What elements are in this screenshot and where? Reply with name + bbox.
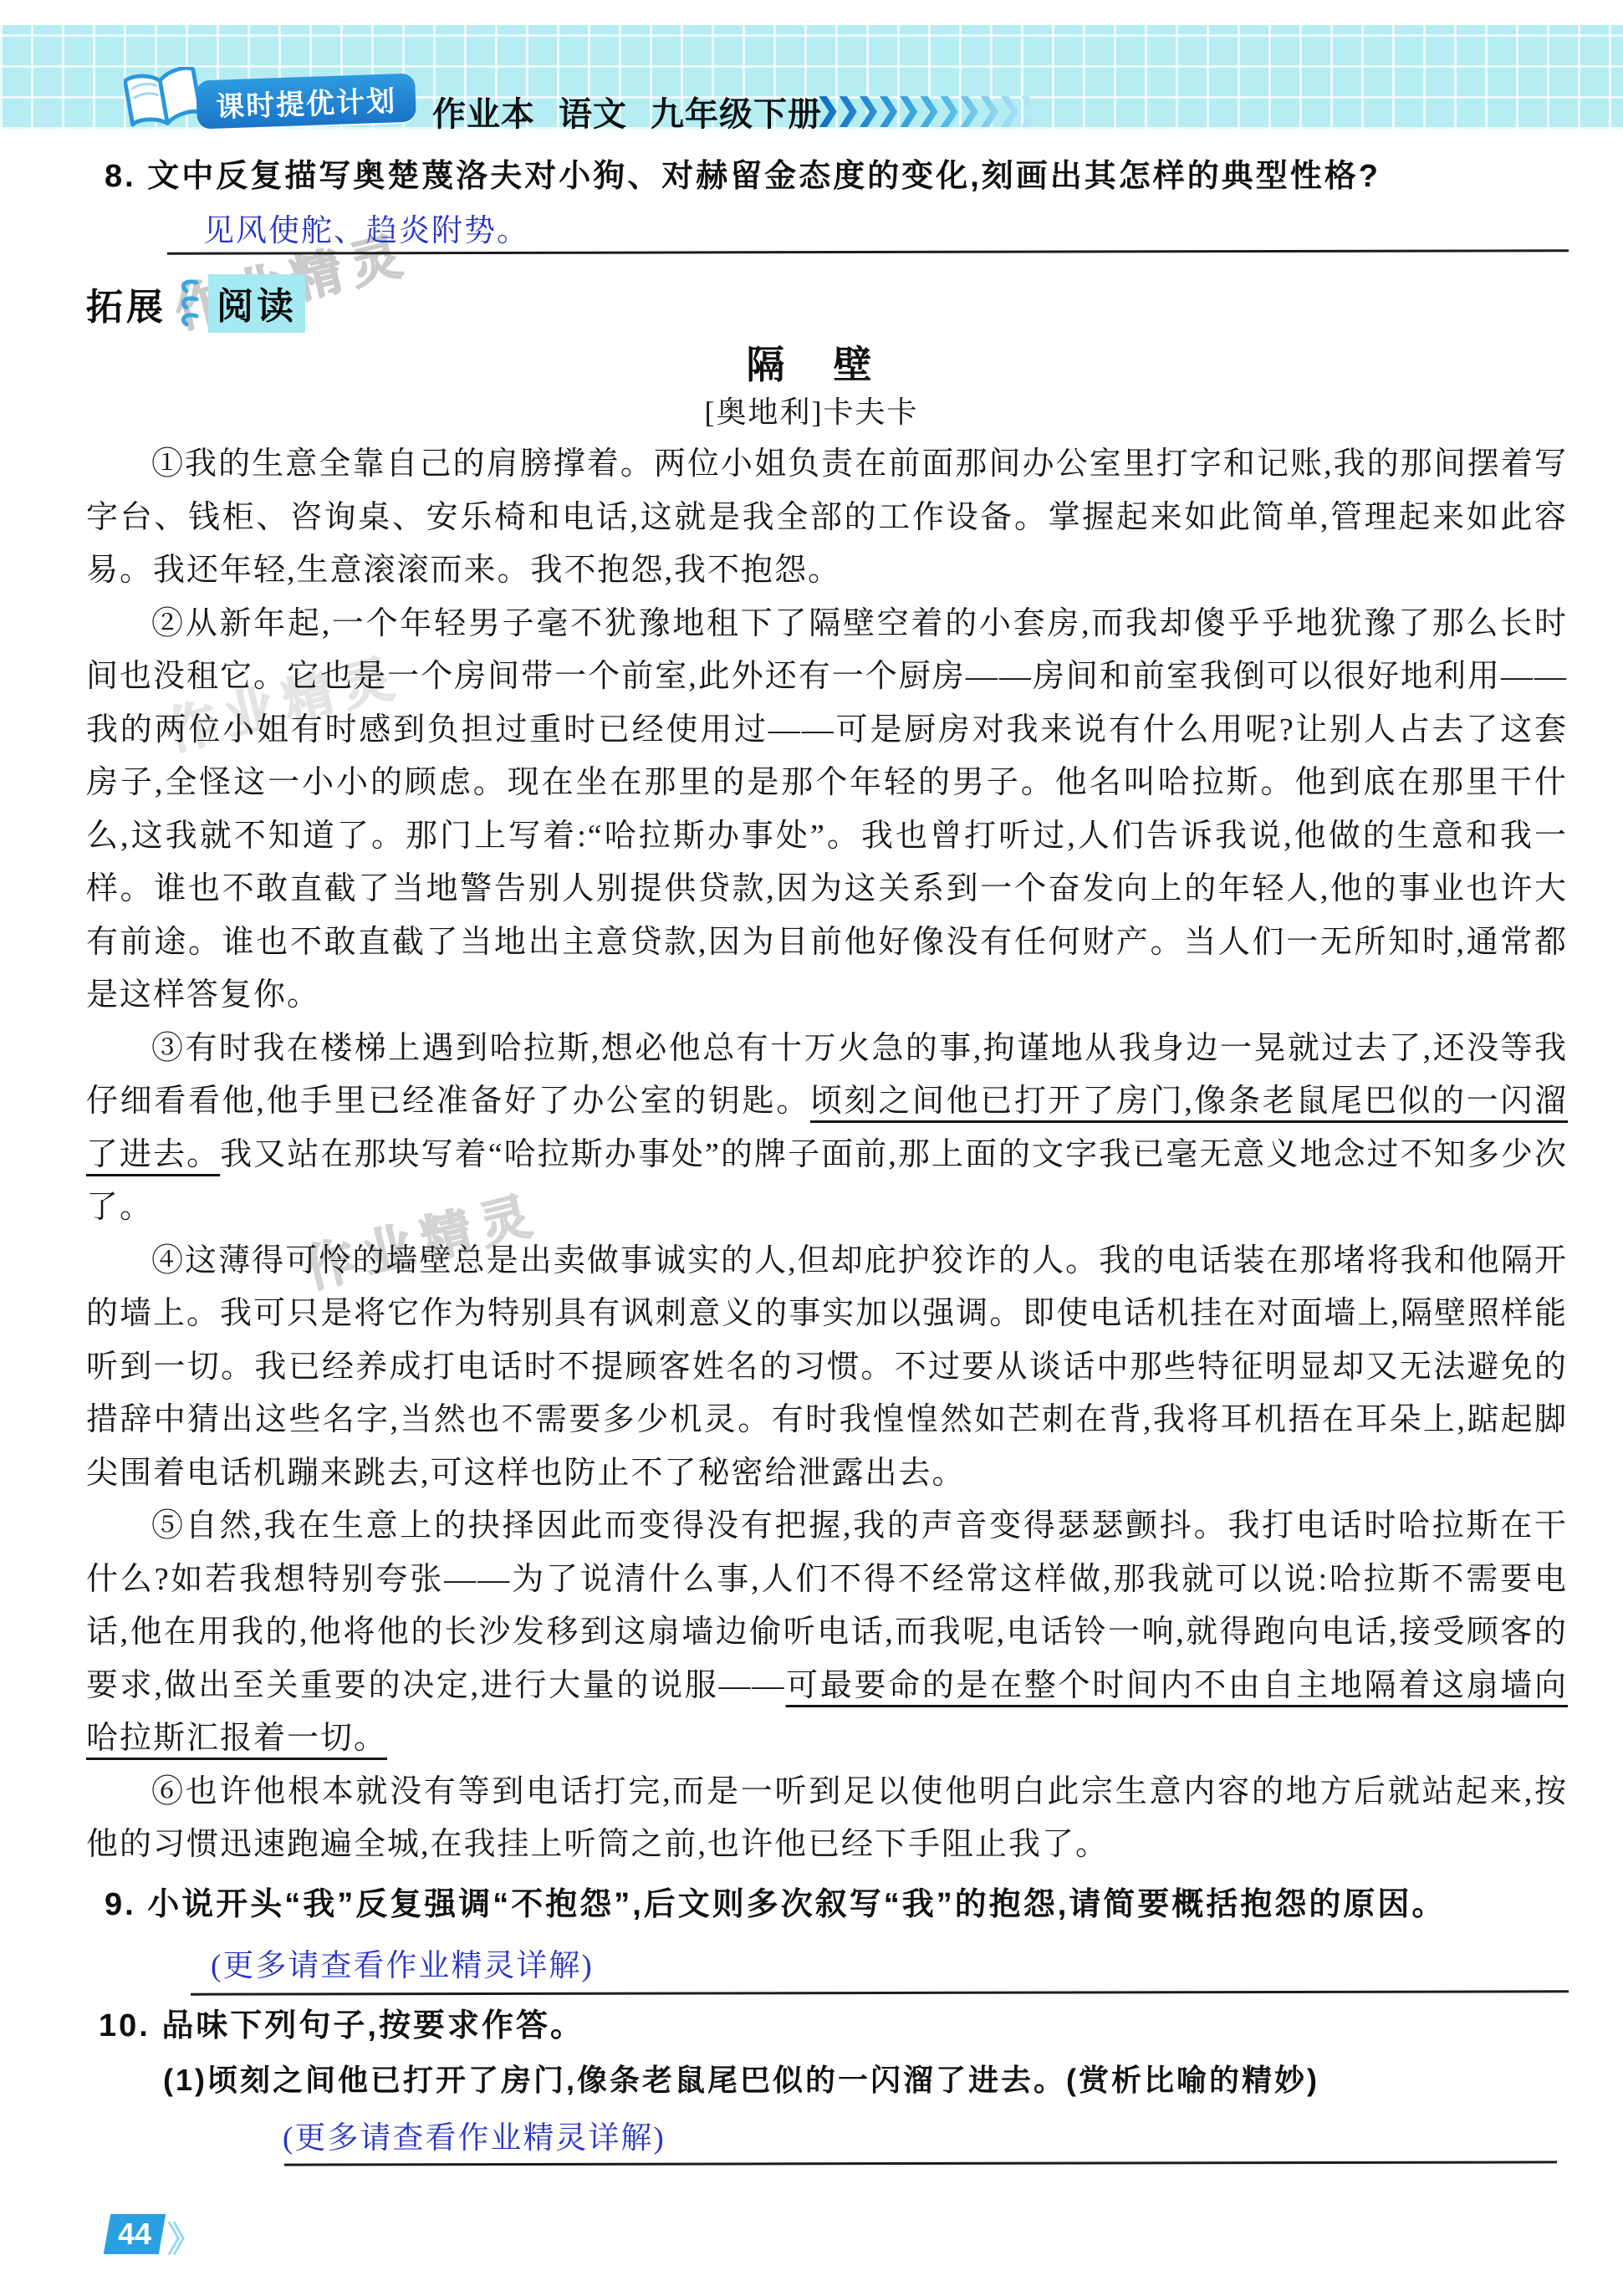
question-10: 10. 品味下列句子,按要求作答。 <box>99 2007 584 2047</box>
section-header: 拓展 阅读 <box>86 274 305 333</box>
reading-title: 隔 壁 <box>0 334 1623 390</box>
paragraph-4: ④这薄得可怜的墙壁总是出卖做事诚实的人,但却庇护狡诈的人。我的电话装在那堵将我和… <box>86 1235 1568 1501</box>
question-8-answer: 见风使舵、趋炎附势。 <box>203 205 529 250</box>
paragraph-2: ②从新年起,一个年轻男子毫不犹豫地租下了隔壁空着的小套房,而我却傻乎乎地犹豫了那… <box>86 598 1568 1023</box>
paragraph-text: ①我的生意全靠自己的肩膀撑着。两位小姐负责在前面那间办公室里打字和记账,我的那间… <box>86 446 1568 588</box>
page-chevron-icon: 》 <box>167 2212 202 2263</box>
paragraph-text: ⑥也许他根本就没有等到电话打完,而是一听到足以使他明白此宗生意内容的地方后就站起… <box>86 1774 1568 1863</box>
question-9-answer: (更多请查看作业精灵详解) <box>211 1940 594 1985</box>
header-grade: 九年级下册 <box>651 96 822 133</box>
paragraph-text: ④这薄得可怜的墙壁总是出卖做事诚实的人,但却庇护狡诈的人。我的电话装在那堵将我和… <box>86 1243 1568 1491</box>
squiggle-icon <box>175 278 203 329</box>
header-band: 课时提优计划 作业本语文九年级下册 ❯❯❯❯❯❯❯❯❯❯❯ <box>0 25 1623 130</box>
chevrons-icon: ❯❯❯❯❯❯❯❯❯❯❯ <box>815 92 1038 127</box>
page-number-badge: 44 <box>104 2214 166 2254</box>
page: 课时提优计划 作业本语文九年级下册 ❯❯❯❯❯❯❯❯❯❯❯ 作业精灵 作业精灵 … <box>0 0 1623 2296</box>
question-8: 8. 文中反复描写奥楚蔑洛夫对小狗、对赫留金态度的变化,刻画出其怎样的典型性格? <box>105 157 1381 197</box>
open-book-icon <box>124 67 204 139</box>
answer-underline <box>191 1990 1569 1995</box>
paragraph-3: ③有时我在楼梯上遇到哈拉斯,想必他总有十万火急的事,拘谨地从我身边一晃就过去了,… <box>86 1023 1568 1235</box>
series-badge-label: 课时提优计划 <box>215 78 397 125</box>
header-subject: 语文 <box>559 96 627 133</box>
reading-passage: ①我的生意全靠自己的肩膀撑着。两位小姐负责在前面那间办公室里打字和记账,我的那间… <box>86 438 1568 1872</box>
section-title-part2: 阅读 <box>208 274 305 333</box>
paragraph-1: ①我的生意全靠自己的肩膀撑着。两位小姐负责在前面那间办公室里打字和记账,我的那间… <box>86 438 1568 598</box>
page-number: 44 <box>118 2217 151 2252</box>
answer-underline <box>284 2161 1557 2166</box>
paragraph-text: 我又站在那块写着“哈拉斯办事处”的牌子面前,那上面的文字我已毫无意义地念过不知多… <box>86 1137 1568 1226</box>
question-9: 9. 小说开头“我”反复强调“不抱怨”,后文则多次叙写“我”的抱怨,请简要概括抱… <box>105 1885 1446 1926</box>
header-title: 作业本语文九年级下册 <box>432 88 822 135</box>
question-10-answer: (更多请查看作业精灵详解) <box>283 2112 666 2157</box>
question-10-sub1: (1)顷刻之间他已打开了房门,像条老鼠尾巴似的一闪溜了进去。(赏析比喻的精妙) <box>163 2061 1319 2099</box>
series-badge: 课时提优计划 <box>196 73 416 129</box>
paragraph-6: ⑥也许他根本就没有等到电话打完,而是一听到足以使他明白此宗生意内容的地方后就站起… <box>86 1766 1568 1872</box>
section-title-part1: 拓展 <box>86 277 166 330</box>
answer-underline <box>167 249 1569 255</box>
header-book-name: 作业本 <box>432 96 535 133</box>
reading-author: [奥地利]卡夫卡 <box>0 389 1623 431</box>
paragraph-5: ⑤自然,我在生意上的抉择因此而变得没有把握,我的声音变得瑟瑟颤抖。我打电话时哈拉… <box>86 1500 1568 1766</box>
paragraph-text: ②从新年起,一个年轻男子毫不犹豫地租下了隔壁空着的小套房,而我却傻乎乎地犹豫了那… <box>86 606 1568 1013</box>
